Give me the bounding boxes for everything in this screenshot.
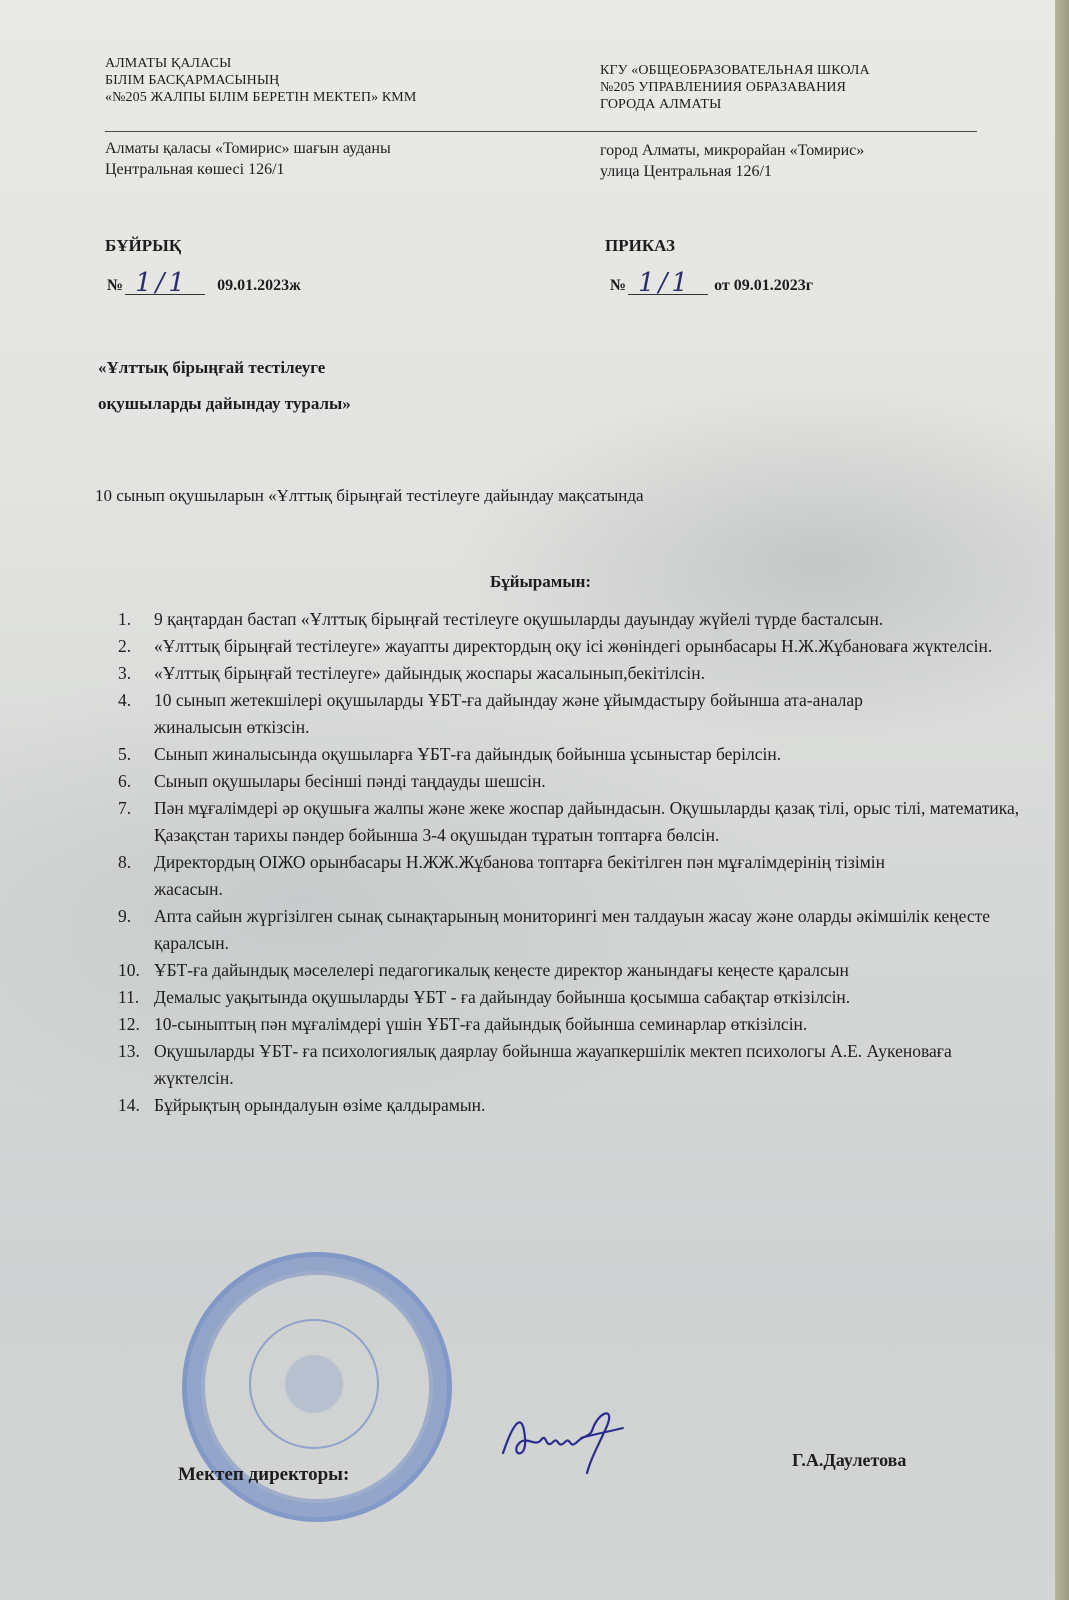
item-text: «Ұлттық бірыңғай тестілеуге» дайындық жо… xyxy=(154,660,1033,687)
list-item: 14.Бұйрықтың орындалуын өзіме қалдырамын… xyxy=(118,1092,1033,1119)
item-text: Демалыс уақытында оқушыларды ҰБТ - ға да… xyxy=(154,984,1033,1011)
item-number: 14. xyxy=(118,1092,154,1119)
list-item: 6.Сынып оқушылары бесінші пәнді таңдауды… xyxy=(118,768,1033,795)
item-text: 9 қаңтардан бастап «Ұлттық бірыңғай тест… xyxy=(154,606,994,633)
header-left-line: АЛМАТЫ ҚАЛАСЫ xyxy=(105,55,416,72)
list-item: 10.ҰБТ-ға дайындық мәселелері педагогика… xyxy=(118,957,1033,984)
item-number: 8. xyxy=(118,849,154,903)
order-type-ru: ПРИКАЗ xyxy=(605,236,675,256)
list-item: 13.Оқушыларды ҰБТ- ға психологиялық даяр… xyxy=(118,1038,1033,1092)
stamp-emblem-icon xyxy=(249,1319,379,1449)
item-number: 6. xyxy=(118,768,154,795)
order-type-kz: БҰЙРЫҚ xyxy=(105,236,181,256)
decree-heading: Бұйырамын: xyxy=(490,572,591,592)
address-line: Алматы қаласы «Томирис» шағын ауданы xyxy=(105,138,391,159)
item-text: Пән мұғалімдері әр оқушыға жалпы және же… xyxy=(154,795,1033,849)
item-number: 11. xyxy=(118,984,154,1011)
item-number: 7. xyxy=(118,795,154,849)
list-item: 12.10-сыныптың пән мұғалімдері үшін ҰБТ-… xyxy=(118,1011,1033,1038)
handwritten-number: 1/1 xyxy=(628,276,708,295)
item-number: 12. xyxy=(118,1011,154,1038)
list-item: 3.«Ұлттық бірыңғай тестілеуге» дайындық … xyxy=(118,660,1033,687)
address-line: Центральная көшесі 126/1 xyxy=(105,159,391,180)
list-item: 11.Демалыс уақытында оқушыларды ҰБТ - ға… xyxy=(118,984,1033,1011)
item-number: 1. xyxy=(118,606,154,633)
header-right-line: ГОРОДА АЛМАТЫ xyxy=(600,96,870,113)
handwritten-number: 1/1 xyxy=(125,276,205,295)
number-sign: № xyxy=(107,277,123,295)
handwritten-text: 1/1 xyxy=(135,268,189,298)
address-line: улица Центральная 126/1 xyxy=(600,161,864,182)
order-items-list: 1.9 қаңтардан бастап «Ұлттық бірыңғай те… xyxy=(118,606,1033,1119)
item-text: 10-сыныптың пән мұғалімдері үшін ҰБТ-ға … xyxy=(154,1011,984,1038)
item-text: 10 сынып жетекшілері оқушыларды ҰБТ-ға д… xyxy=(154,687,924,741)
order-date: 09.01.2023ж xyxy=(217,277,301,295)
intro-text: 10 сынып оқушыларын «Ұлттық бірыңғай тес… xyxy=(95,486,644,506)
header-right-org: КГУ «ОБЩЕОБРАЗОВАТЕЛЬНАЯ ШКОЛА №205 УПРА… xyxy=(600,62,870,113)
header-left-address: Алматы қаласы «Томирис» шағын ауданы Цен… xyxy=(105,138,391,180)
order-number-kz: № 1/1 09.01.2023ж xyxy=(107,276,301,295)
item-number: 4. xyxy=(118,687,154,741)
handwritten-signature-icon xyxy=(495,1398,635,1478)
item-text: Оқушыларды ҰБТ- ға психологиялық даярлау… xyxy=(154,1038,1014,1092)
item-text: Апта сайын жүргізілген сынақ сынақтарыны… xyxy=(154,903,1014,957)
background-edge xyxy=(1055,0,1069,1600)
number-sign: № xyxy=(610,277,626,295)
item-number: 3. xyxy=(118,660,154,687)
title-line: оқушыларды дайындау туралы» xyxy=(98,386,351,422)
list-item: 2.«Ұлттық бірыңғай тестілеуге» жауапты д… xyxy=(118,633,1033,660)
header-right-line: КГУ «ОБЩЕОБРАЗОВАТЕЛЬНАЯ ШКОЛА xyxy=(600,62,870,79)
header-left-line: БІЛІМ БАСҚАРМАСЫНЫҢ xyxy=(105,72,416,89)
item-text: Директордың ОІЖО орынбасары Н.ЖЖ.Жұбанов… xyxy=(154,849,954,903)
header-right-line: №205 УПРАВЛЕНИИЯ ОБРАЗАВАНИЯ xyxy=(600,79,870,96)
header-left-org: АЛМАТЫ ҚАЛАСЫ БІЛІМ БАСҚАРМАСЫНЫҢ «№205 … xyxy=(105,55,416,106)
order-title: «Ұлттық бірыңғай тестілеуге оқушыларды д… xyxy=(98,350,351,422)
list-item: 9.Апта сайын жүргізілген сынақ сынақтары… xyxy=(118,903,1033,957)
list-item: 4.10 сынып жетекшілері оқушыларды ҰБТ-ға… xyxy=(118,687,1033,741)
list-item: 5.Сынып жиналысында оқушыларға ҰБТ-ға да… xyxy=(118,741,1033,768)
address-line: город Алматы, микрорайан «Томирис» xyxy=(600,140,864,161)
header-divider xyxy=(105,131,977,132)
item-text: Сынып жиналысында оқушыларға ҰБТ-ға дайы… xyxy=(154,741,1033,768)
handwritten-text: 1/1 xyxy=(638,268,692,298)
item-number: 2. xyxy=(118,633,154,660)
order-number-ru: № 1/1 от 09.01.2023г xyxy=(610,276,813,295)
header-left-line: «№205 ЖАЛПЫ БІЛІМ БЕРЕТІН МЕКТЕП» КММ xyxy=(105,89,416,106)
header-right-address: город Алматы, микрорайан «Томирис» улица… xyxy=(600,140,864,182)
item-number: 5. xyxy=(118,741,154,768)
item-number: 10. xyxy=(118,957,154,984)
item-number: 9. xyxy=(118,903,154,957)
item-text: Сынып оқушылары бесінші пәнді таңдауды ш… xyxy=(154,768,1033,795)
list-item: 7.Пән мұғалімдері әр оқушыға жалпы және … xyxy=(118,795,1033,849)
signature-label: Мектеп директоры: xyxy=(178,1464,349,1486)
item-text: ҰБТ-ға дайындық мәселелері педагогикалық… xyxy=(154,957,1033,984)
item-number: 13. xyxy=(118,1038,154,1092)
order-date: от 09.01.2023г xyxy=(714,277,813,295)
item-text: Бұйрықтың орындалуын өзіме қалдырамын. xyxy=(154,1092,1033,1119)
item-text: «Ұлттық бірыңғай тестілеуге» жауапты дир… xyxy=(154,633,1014,660)
list-item: 8.Директордың ОІЖО орынбасары Н.ЖЖ.Жұбан… xyxy=(118,849,1033,903)
list-item: 1.9 қаңтардан бастап «Ұлттық бірыңғай те… xyxy=(118,606,1033,633)
title-line: «Ұлттық бірыңғай тестілеуге xyxy=(98,350,351,386)
director-name: Г.А.Даулетова xyxy=(792,1450,906,1471)
